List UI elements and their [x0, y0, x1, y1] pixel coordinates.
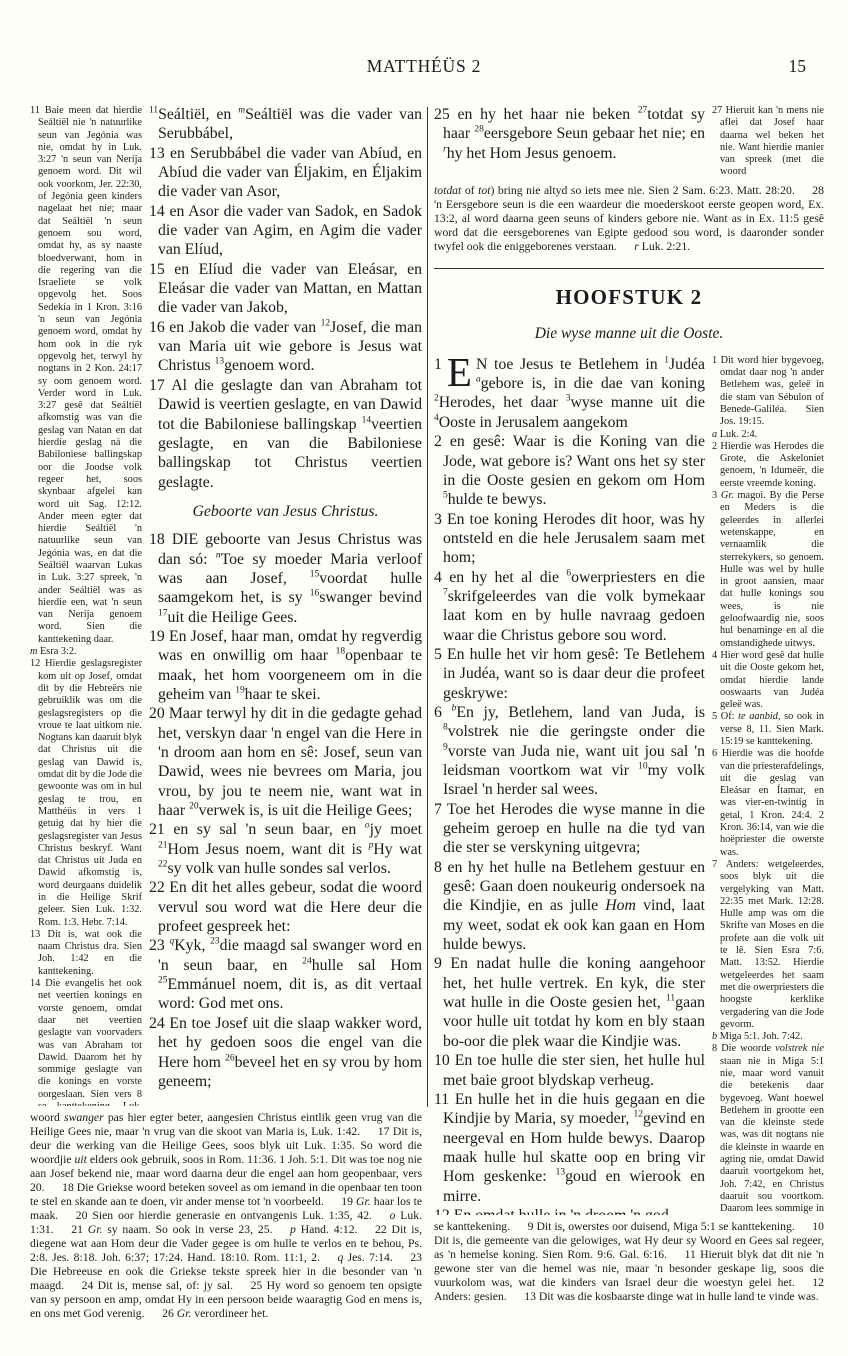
section-heading: Geboorte van Jesus Christus. [149, 502, 422, 521]
verse-paragraph: 9 En nadat hulle die koning aangehoor he… [434, 954, 705, 1051]
verse-group-2-12: 2 en gesê: Waar is die Koning van die Jo… [434, 432, 705, 1215]
verse-paragraph: 3 En toe koning Herodes dit hoor, was hy… [434, 510, 705, 568]
margin-note: m Esra 3:2. [30, 646, 142, 658]
margin-note: 7 Anders: wetgeleerdes, soos blyk uit di… [712, 859, 824, 1031]
chapter-divider-rule [434, 268, 824, 269]
verse-paragraph: 7 Toe het Herodes die wyse manne in die … [434, 800, 705, 858]
verse-paragraph: 16 en Jakob die vader van 12Josef, die m… [149, 318, 422, 376]
page-number: 15 [789, 56, 807, 77]
margin-note: 11 Baie meen dat hierdie Seáltiël nie 'n… [30, 105, 142, 646]
verse-paragraph: 18 DIE geboorte van Jesus Christus was d… [149, 530, 422, 627]
margin-note: 3 Gr. magoi. By die Perse en Meders is d… [712, 490, 824, 650]
margin-note: 13 Dit is, wat ook die naam Christus dra… [30, 929, 142, 978]
right-footnotes-block: se kanttekening. 9 Dit is, owerstes oor … [434, 1220, 824, 1304]
chapter-heading: HOOFSTUK 2 [434, 285, 824, 310]
verse-paragraph: 1 E N toe Jesus te Betlehem in 1Judéa ag… [434, 355, 705, 432]
verse-paragraph: 5 En hulle het vir hom gesê: Te Betlehem… [434, 645, 705, 703]
chapter2-columns: 1 E N toe Jesus te Betlehem in 1Judéa ag… [434, 355, 824, 1215]
right-page-half: 25 en hy het haar nie beken 27totdat sy … [434, 105, 824, 1304]
verse-paragraph: 14 en Asor die vader van Sadok, en Sadok… [149, 202, 422, 260]
margin-note: 6 Hierdie was die hoofde van die prieste… [712, 748, 824, 859]
verse-paragraph: 13 en Serubbábel die vader van Abíud, en… [149, 144, 422, 202]
verse-paragraph: 4 en hy het al die 6owerpriesters en die… [434, 568, 705, 645]
verse-paragraph: 22 En dit het alles gebeur, sodat die wo… [149, 878, 422, 936]
margin-note: 1 Dit word hier bygevoeg, omdat daar nog… [712, 355, 824, 429]
left-page-half: 11 Baie meen dat hierdie Seáltiël nie 'n… [30, 105, 422, 1321]
verse-paragraph: 17 Al die geslagte dan van Abraham tot D… [149, 376, 422, 492]
verse-number: 1 [434, 355, 442, 374]
margin-note: 4 Hier word gesê dat hulle uit die Ooste… [712, 650, 824, 711]
margin-note: 5 Of: te aanbid, so ook in verse 8, 11. … [712, 711, 824, 748]
verse-paragraph: 2 en gesê: Waar is die Koning van die Jo… [434, 432, 705, 509]
margin-note: 2 Hierdie was Herodes die Grote, die Ask… [712, 441, 824, 490]
verse-paragraph: 23 qKyk, 23die maagd sal swanger word en… [149, 936, 422, 1013]
matthew2-text-column: 1 E N toe Jesus te Betlehem in 1Judéa ag… [434, 355, 705, 1215]
margin-note: 12 Hierdie geslagsregister kom uit op Jo… [30, 658, 142, 929]
drop-cap-letter: E [447, 356, 472, 389]
margin-note: a Luk. 2:4. [712, 429, 824, 441]
margin-note: b Miga 5:1. Joh. 7:42. [712, 1031, 824, 1043]
verse-paragraph: 25 en hy het haar nie beken 27totdat sy … [434, 105, 705, 163]
verse-paragraph: 10 En toe hulle die ster sien, het hulle… [434, 1051, 705, 1090]
left-margin-notes-column: 11 Baie meen dat hierdie Seáltiël nie 'n… [30, 105, 142, 1106]
column-divider-rule [427, 107, 428, 1107]
verse25-row: 25 en hy het haar nie beken 27totdat sy … [434, 105, 824, 179]
verse-paragraph: 6 bEn jy, Betlehem, land van Juda, is 8v… [434, 703, 705, 800]
verse-paragraph: 24 En toe Josef uit die slaap wakker wor… [149, 1014, 422, 1091]
verse-paragraph: 11Seáltiël, en mSeáltiël was die vader v… [149, 105, 422, 144]
matthew1-text-column: 11Seáltiël, en mSeáltiël was die vader v… [149, 105, 422, 1091]
scanned-bible-page: MATTHÉÜS 2 15 11 Baie meen dat hierdie S… [0, 0, 848, 1356]
verse-paragraph: 11 En hulle het in die huis gegaan en di… [434, 1090, 705, 1206]
right-margin-notes-column: 1 Dit word hier bygevoeg, omdat daar nog… [712, 355, 824, 1215]
note27-margin-column: 27 Hieruit kan 'n mens nie aflei dat Jos… [712, 105, 824, 179]
page-header-title: MATTHÉÜS 2 [0, 56, 848, 77]
verse-group-12-17: 11Seáltiël, en mSeáltiël was die vader v… [149, 105, 422, 492]
note-continuation-block: totdat of tot) bring nie altyd so iets m… [434, 184, 824, 254]
margin-note: 14 Die evangelis het ook net veertien ko… [30, 978, 142, 1106]
verse-paragraph: 20 Maar terwyl hy dit in die gedagte geh… [149, 704, 422, 820]
margin-note: 27 Hieruit kan 'n mens nie aflei dat Jos… [712, 105, 824, 179]
verse-paragraph: 8 en hy het hulle na Betlehem gestuur en… [434, 858, 705, 955]
margin-note: 8 Die woorde volstrek nie staan nie in M… [712, 1043, 824, 1214]
verse-paragraph: 21 en sy sal 'n seun baar, en ojy moet 2… [149, 820, 422, 878]
left-footnotes-block: woord swanger pas hier egter beter, aang… [30, 1111, 422, 1321]
verse-group-18-24: 18 DIE geboorte van Jesus Christus was d… [149, 530, 422, 1091]
verse-paragraph: 19 En Josef, haar man, omdat hy regverdi… [149, 627, 422, 704]
matthew1-verse25-column: 25 en hy het haar nie beken 27totdat sy … [434, 105, 705, 163]
left-columns: 11 Baie meen dat hierdie Seáltiël nie 'n… [30, 105, 422, 1106]
verse-paragraph: 12 En omdat hulle in 'n droom 'n god- [434, 1206, 705, 1215]
chapter-subtitle: Die wyse manne uit die Ooste. [434, 325, 824, 343]
verse-paragraph: 15 en Elíud die vader van Eleásar, en El… [149, 260, 422, 318]
verse-text: N toe Jesus te Betlehem in 1Judéa agebor… [434, 356, 705, 431]
